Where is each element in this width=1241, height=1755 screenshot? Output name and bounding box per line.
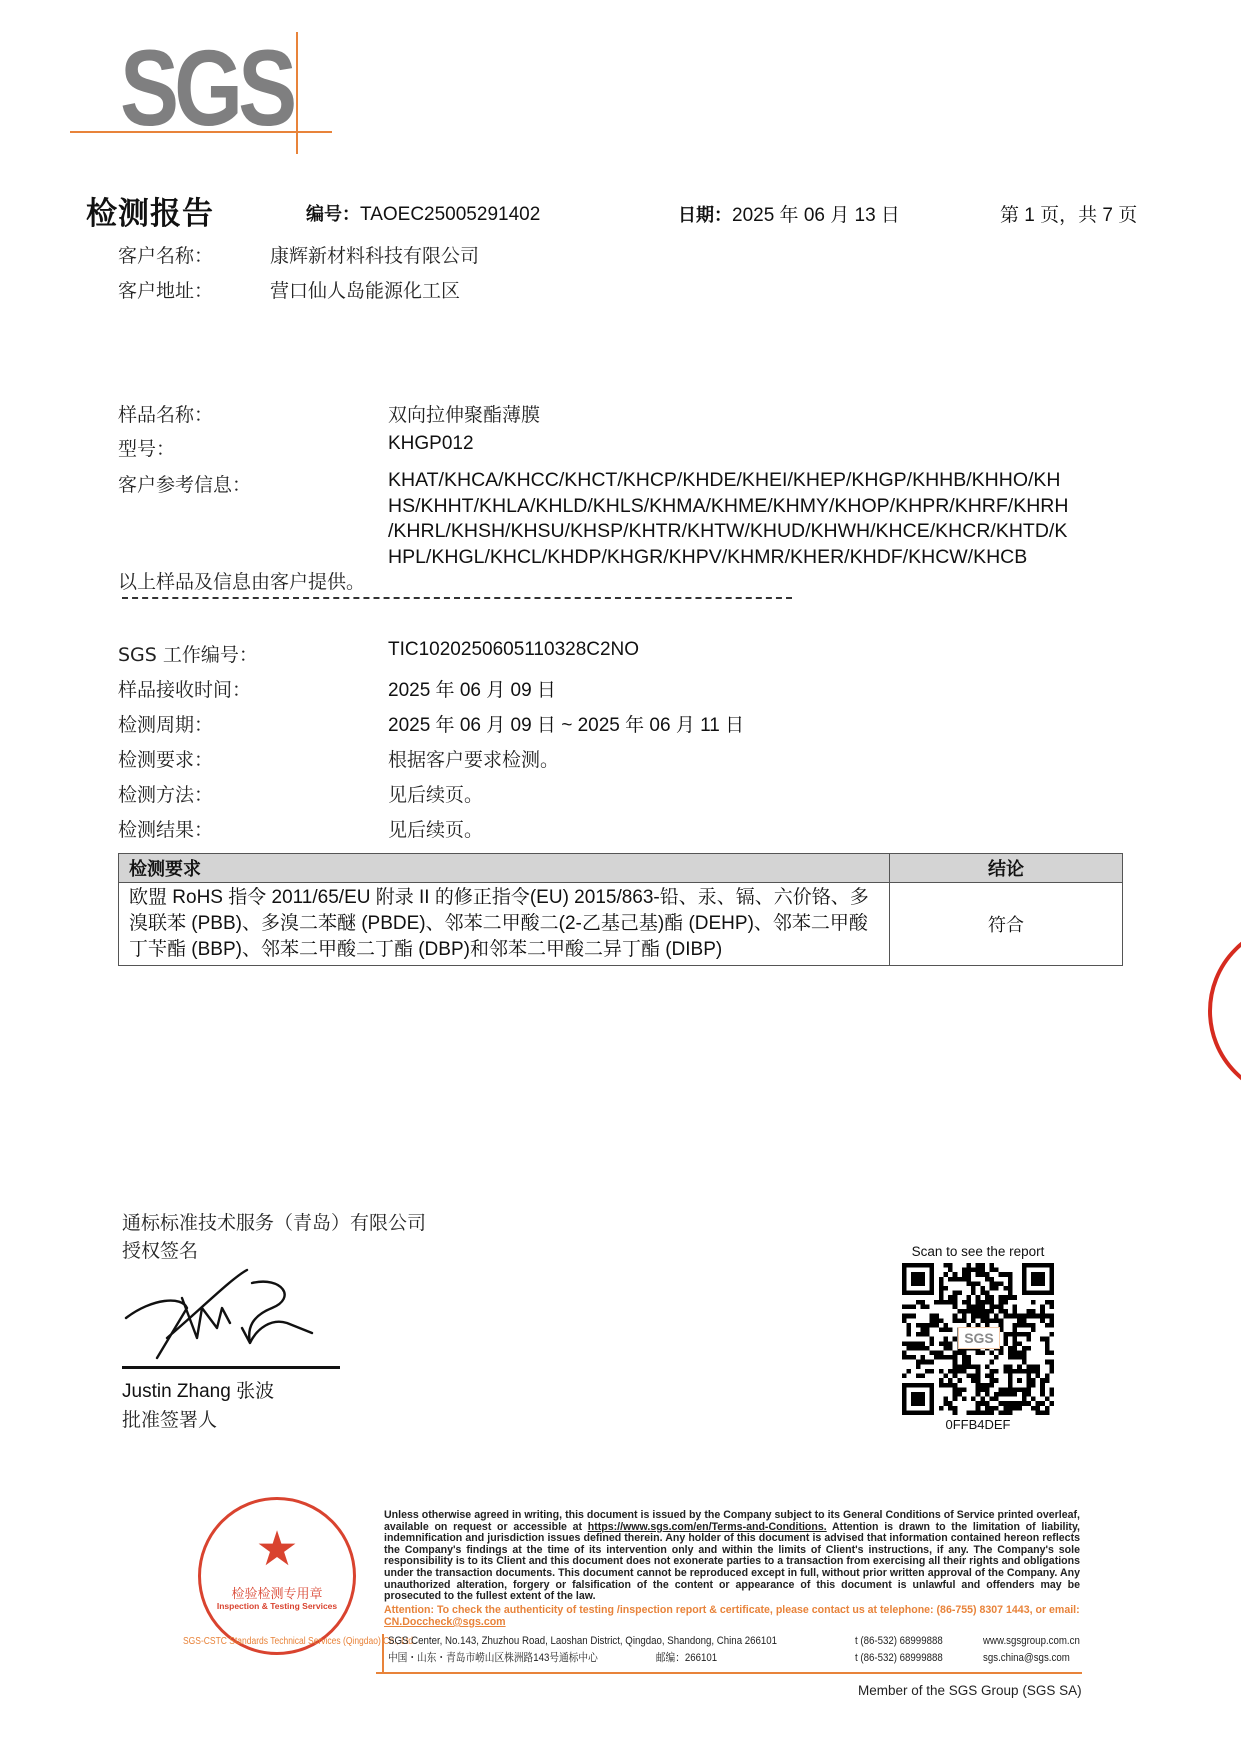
website-link[interactable]: www.sgsgroup.com.cn — [983, 1633, 1080, 1650]
row-requirement: 欧盟 RoHS 指令 2011/65/EU 附录 II 的修正指令(EU) 20… — [119, 883, 890, 966]
client-ref-line: /KHRL/KHSH/KHSU/KHSP/KHTR/KHTW/KHUD/KHWH… — [388, 519, 1128, 545]
received-label: 样品接收时间： — [118, 675, 251, 702]
qr-code-text: 0FFB4DEF — [890, 1417, 1066, 1432]
authenticity-notice: Attention: To check the authenticity of … — [384, 1604, 1084, 1628]
page-info: 第 1 页，共 7 页 — [1000, 200, 1137, 227]
period-value: 2025 年 06 月 09 日 ~ 2025 年 06 月 11 日 — [388, 710, 744, 737]
row-conclusion: 符合 — [890, 883, 1123, 966]
stamp-company-en: SGS-CSTC Standards Technical Services (Q… — [183, 1636, 415, 1647]
report-date-value: 2025 年 06 月 13 日 — [732, 205, 900, 226]
stamp-center-en: Inspection & Testing Services — [198, 1601, 356, 1611]
stamp-center-cn: 检验检测专用章 — [198, 1583, 356, 1602]
client-address-value: 营口仙人岛能源化工区 — [270, 276, 460, 303]
report-number-label: 编号： — [306, 204, 360, 225]
client-ref-line: HPL/KHGL/KHCL/KHDP/KHGR/KHPV/KHMR/KHER/K… — [388, 545, 1128, 571]
star-icon: ★ — [253, 1527, 301, 1573]
dashed-divider — [122, 597, 792, 599]
requirement-value: 根据客户要求检测。 — [388, 745, 559, 772]
qr-caption: Scan to see the report — [890, 1244, 1066, 1259]
header-requirement: 检测要求 — [119, 854, 890, 883]
model-label: 型号： — [118, 434, 175, 461]
signing-company: 通标标准技术服务（青岛）有限公司 — [122, 1208, 426, 1235]
client-address-label: 客户地址： — [118, 276, 213, 303]
signature-line — [122, 1366, 340, 1369]
client-ref-line: HS/KHHT/KHLA/KHLD/KHLS/KHMA/KHME/KHMY/KH… — [388, 494, 1128, 520]
client-ref-line: KHAT/KHCA/KHCC/KHCT/KHCP/KHDE/KHEI/KHEP/… — [388, 468, 1128, 494]
logo-horizontal-rule — [70, 131, 332, 133]
signature-scribble — [122, 1268, 342, 1368]
footer-rule — [376, 1672, 1082, 1674]
doccheck-email-link[interactable]: CN.Doccheck@sgs.com — [384, 1616, 506, 1628]
sgs-logo: SGS — [70, 28, 340, 143]
report-title: 检测报告 — [86, 188, 214, 233]
results-table: 检测要求 结论 欧盟 RoHS 指令 2011/65/EU 附录 II 的修正指… — [118, 853, 1123, 966]
member-note: Member of the SGS Group (SGS SA) — [858, 1683, 1082, 1698]
period-label: 检测周期： — [118, 710, 213, 737]
qr-block: Scan to see the report SGS 0FFB4DEF — [890, 1244, 1066, 1432]
authorized-signature-label: 授权签名 — [122, 1236, 198, 1263]
table-row: 欧盟 RoHS 指令 2011/65/EU 附录 II 的修正指令(EU) 20… — [119, 883, 1123, 966]
result-label: 检测结果： — [118, 815, 213, 842]
disclaimer: Unless otherwise agreed in writing, this… — [384, 1510, 1080, 1603]
inspection-stamp: ★ 检验检测专用章 Inspection & Testing Services — [198, 1497, 356, 1655]
email-link[interactable]: sgs.china@sgs.com — [983, 1650, 1080, 1667]
client-name-label: 客户名称： — [118, 241, 213, 268]
address-cn-text: 中国・山东・青岛市崂山区株洲路143号通标中心 — [388, 1652, 598, 1664]
attention-text: Attention: To check the authenticity of … — [384, 1604, 1080, 1616]
report-number: 编号：TAOEC25005291402 — [306, 200, 540, 226]
company-seal-partial — [1208, 922, 1241, 1100]
logo-text: SGS — [120, 38, 292, 138]
web-block: www.sgsgroup.com.cn sgs.china@sgs.com — [983, 1633, 1080, 1667]
model-value: KHGP012 — [388, 433, 474, 455]
requirement-label: 检测要求： — [118, 745, 213, 772]
client-ref-label: 客户参考信息： — [118, 470, 251, 497]
method-label: 检测方法： — [118, 780, 213, 807]
postcode-cn: 邮编：266101 — [656, 1652, 717, 1664]
phone-1: t (86-532) 68999888 — [855, 1633, 943, 1650]
provided-note: 以上样品及信息由客户提供。 — [118, 567, 365, 594]
report-date: 日期：2025 年 06 月 13 日 — [678, 200, 900, 227]
result-value: 见后续页。 — [388, 815, 483, 842]
job-number-label: SGS 工作编号： — [118, 640, 258, 667]
address-block: SGS Center, No.143, Zhuzhou Road, Laosha… — [388, 1633, 777, 1667]
address-en: SGS Center, No.143, Zhuzhou Road, Laosha… — [388, 1633, 777, 1650]
header-conclusion: 结论 — [890, 854, 1123, 883]
disclaimer-text-cont: Attention is drawn to the limitation of … — [384, 1521, 1080, 1603]
sample-name-value: 双向拉伸聚酯薄膜 — [388, 400, 540, 427]
phone-block: t (86-532) 68999888 t (86-532) 68999888 — [855, 1633, 943, 1667]
client-name-value: 康辉新材料科技有限公司 — [270, 241, 479, 268]
method-value: 见后续页。 — [388, 780, 483, 807]
received-value: 2025 年 06 月 09 日 — [388, 675, 556, 702]
signer-role: 批准签署人 — [122, 1405, 217, 1432]
qr-center-logo: SGS — [958, 1327, 1000, 1349]
job-number-value: TIC1020250605110328C2NO — [388, 639, 639, 661]
footer-accent-bar — [382, 1634, 384, 1672]
client-ref-value: KHAT/KHCA/KHCC/KHCT/KHCP/KHDE/KHEI/KHEP/… — [388, 468, 1128, 570]
report-number-value: TAOEC25005291402 — [360, 204, 540, 225]
signer-name: Justin Zhang 张波 — [122, 1376, 274, 1403]
qr-code[interactable]: SGS — [902, 1263, 1054, 1415]
address-cn: 中国・山东・青岛市崂山区株洲路143号通标中心邮编：266101 — [388, 1650, 777, 1667]
report-date-label: 日期： — [678, 205, 732, 226]
sample-name-label: 样品名称： — [118, 400, 213, 427]
table-header-row: 检测要求 结论 — [119, 854, 1123, 883]
logo-vertical-rule — [296, 32, 298, 154]
phone-2: t (86-532) 68999888 — [855, 1650, 943, 1667]
terms-link[interactable]: https://www.sgs.com/en/Terms-and-Conditi… — [588, 1521, 827, 1533]
